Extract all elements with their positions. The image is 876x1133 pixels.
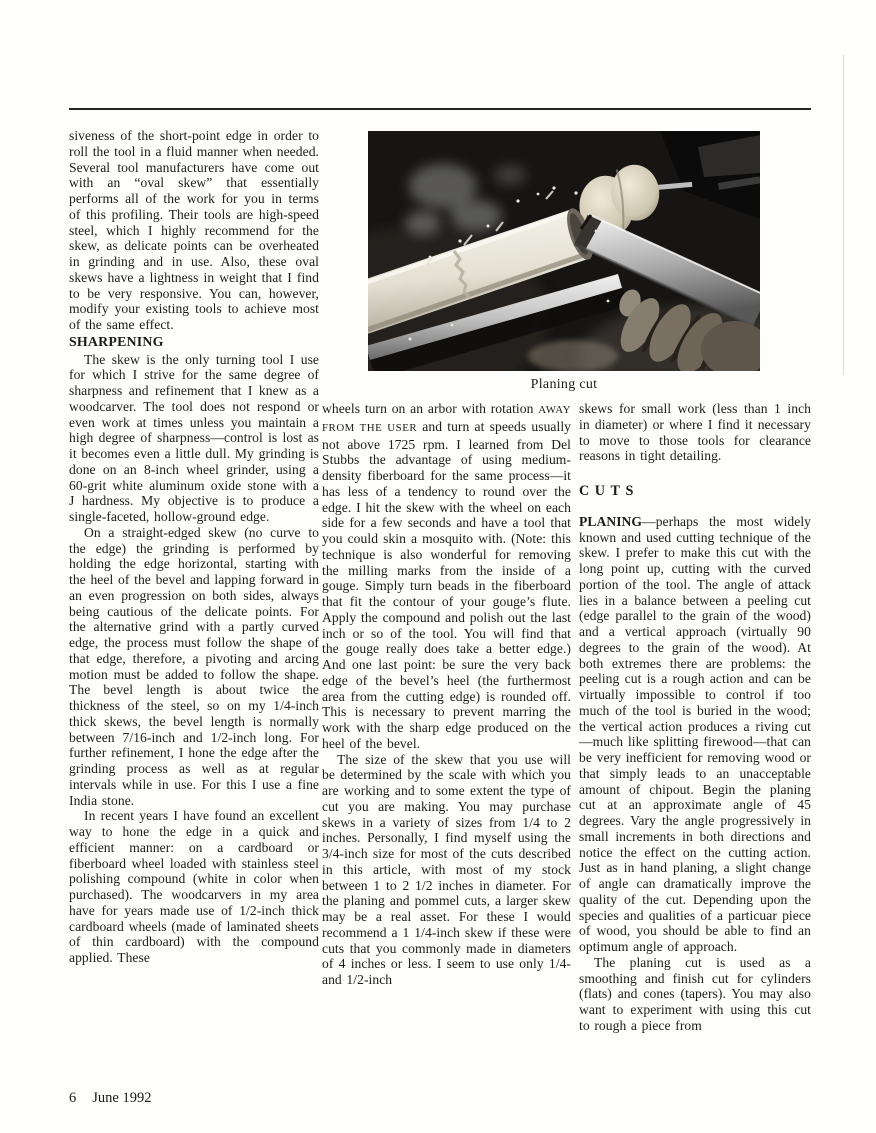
page-edge-line	[843, 55, 844, 375]
paragraph-sharpening-3: In recent years I have found an excellen…	[69, 808, 319, 966]
paragraph-planing: PLANING—perhaps the most widely known an…	[579, 514, 811, 955]
paragraph-planing-use: The planing cut is used as a smoothing a…	[579, 955, 811, 1034]
photo-caption: Planing cut	[368, 377, 760, 393]
magazine-page: Planing cut siveness of the short-point …	[0, 0, 876, 1133]
paragraph-small-work-continuation: skews for small work (less than 1 inch i…	[579, 401, 811, 464]
run-in-head-planing: PLANING	[579, 514, 642, 529]
page-footer: 6June 1992	[69, 1090, 151, 1107]
paragraph-honing-wheels: wheels turn on an arbor with rotation AW…	[322, 401, 571, 752]
column-left: siveness of the short-point edge in orde…	[69, 128, 319, 966]
paragraph-text: and turn at speeds usually not above 172…	[322, 419, 571, 751]
page-number: 6	[69, 1090, 76, 1106]
paragraph-skew-sizes: The size of the skew that you use will b…	[322, 752, 571, 988]
column-right: skews for small work (less than 1 inch i…	[579, 401, 811, 1034]
planing-cut-photo-art	[368, 131, 760, 371]
issue-date: June 1992	[92, 1090, 151, 1106]
column-middle: wheels turn on an arbor with rotation AW…	[322, 401, 571, 988]
section-heading-cuts: CUTS	[579, 484, 811, 500]
paragraph-text: wheels turn on an arbor with rotation	[322, 401, 538, 416]
paragraph-text: —perhaps the most widely known and used …	[579, 514, 811, 954]
top-rule	[69, 108, 811, 110]
paragraph-intro-continuation: siveness of the short-point edge in orde…	[69, 128, 319, 333]
paragraph-sharpening-2: On a straight-edged skew (no curve to th…	[69, 525, 319, 809]
paragraph-sharpening-1: The skew is the only turning tool I use …	[69, 352, 319, 525]
section-heading-sharpening: SHARPENING	[69, 335, 319, 351]
planing-cut-photo	[368, 131, 760, 371]
